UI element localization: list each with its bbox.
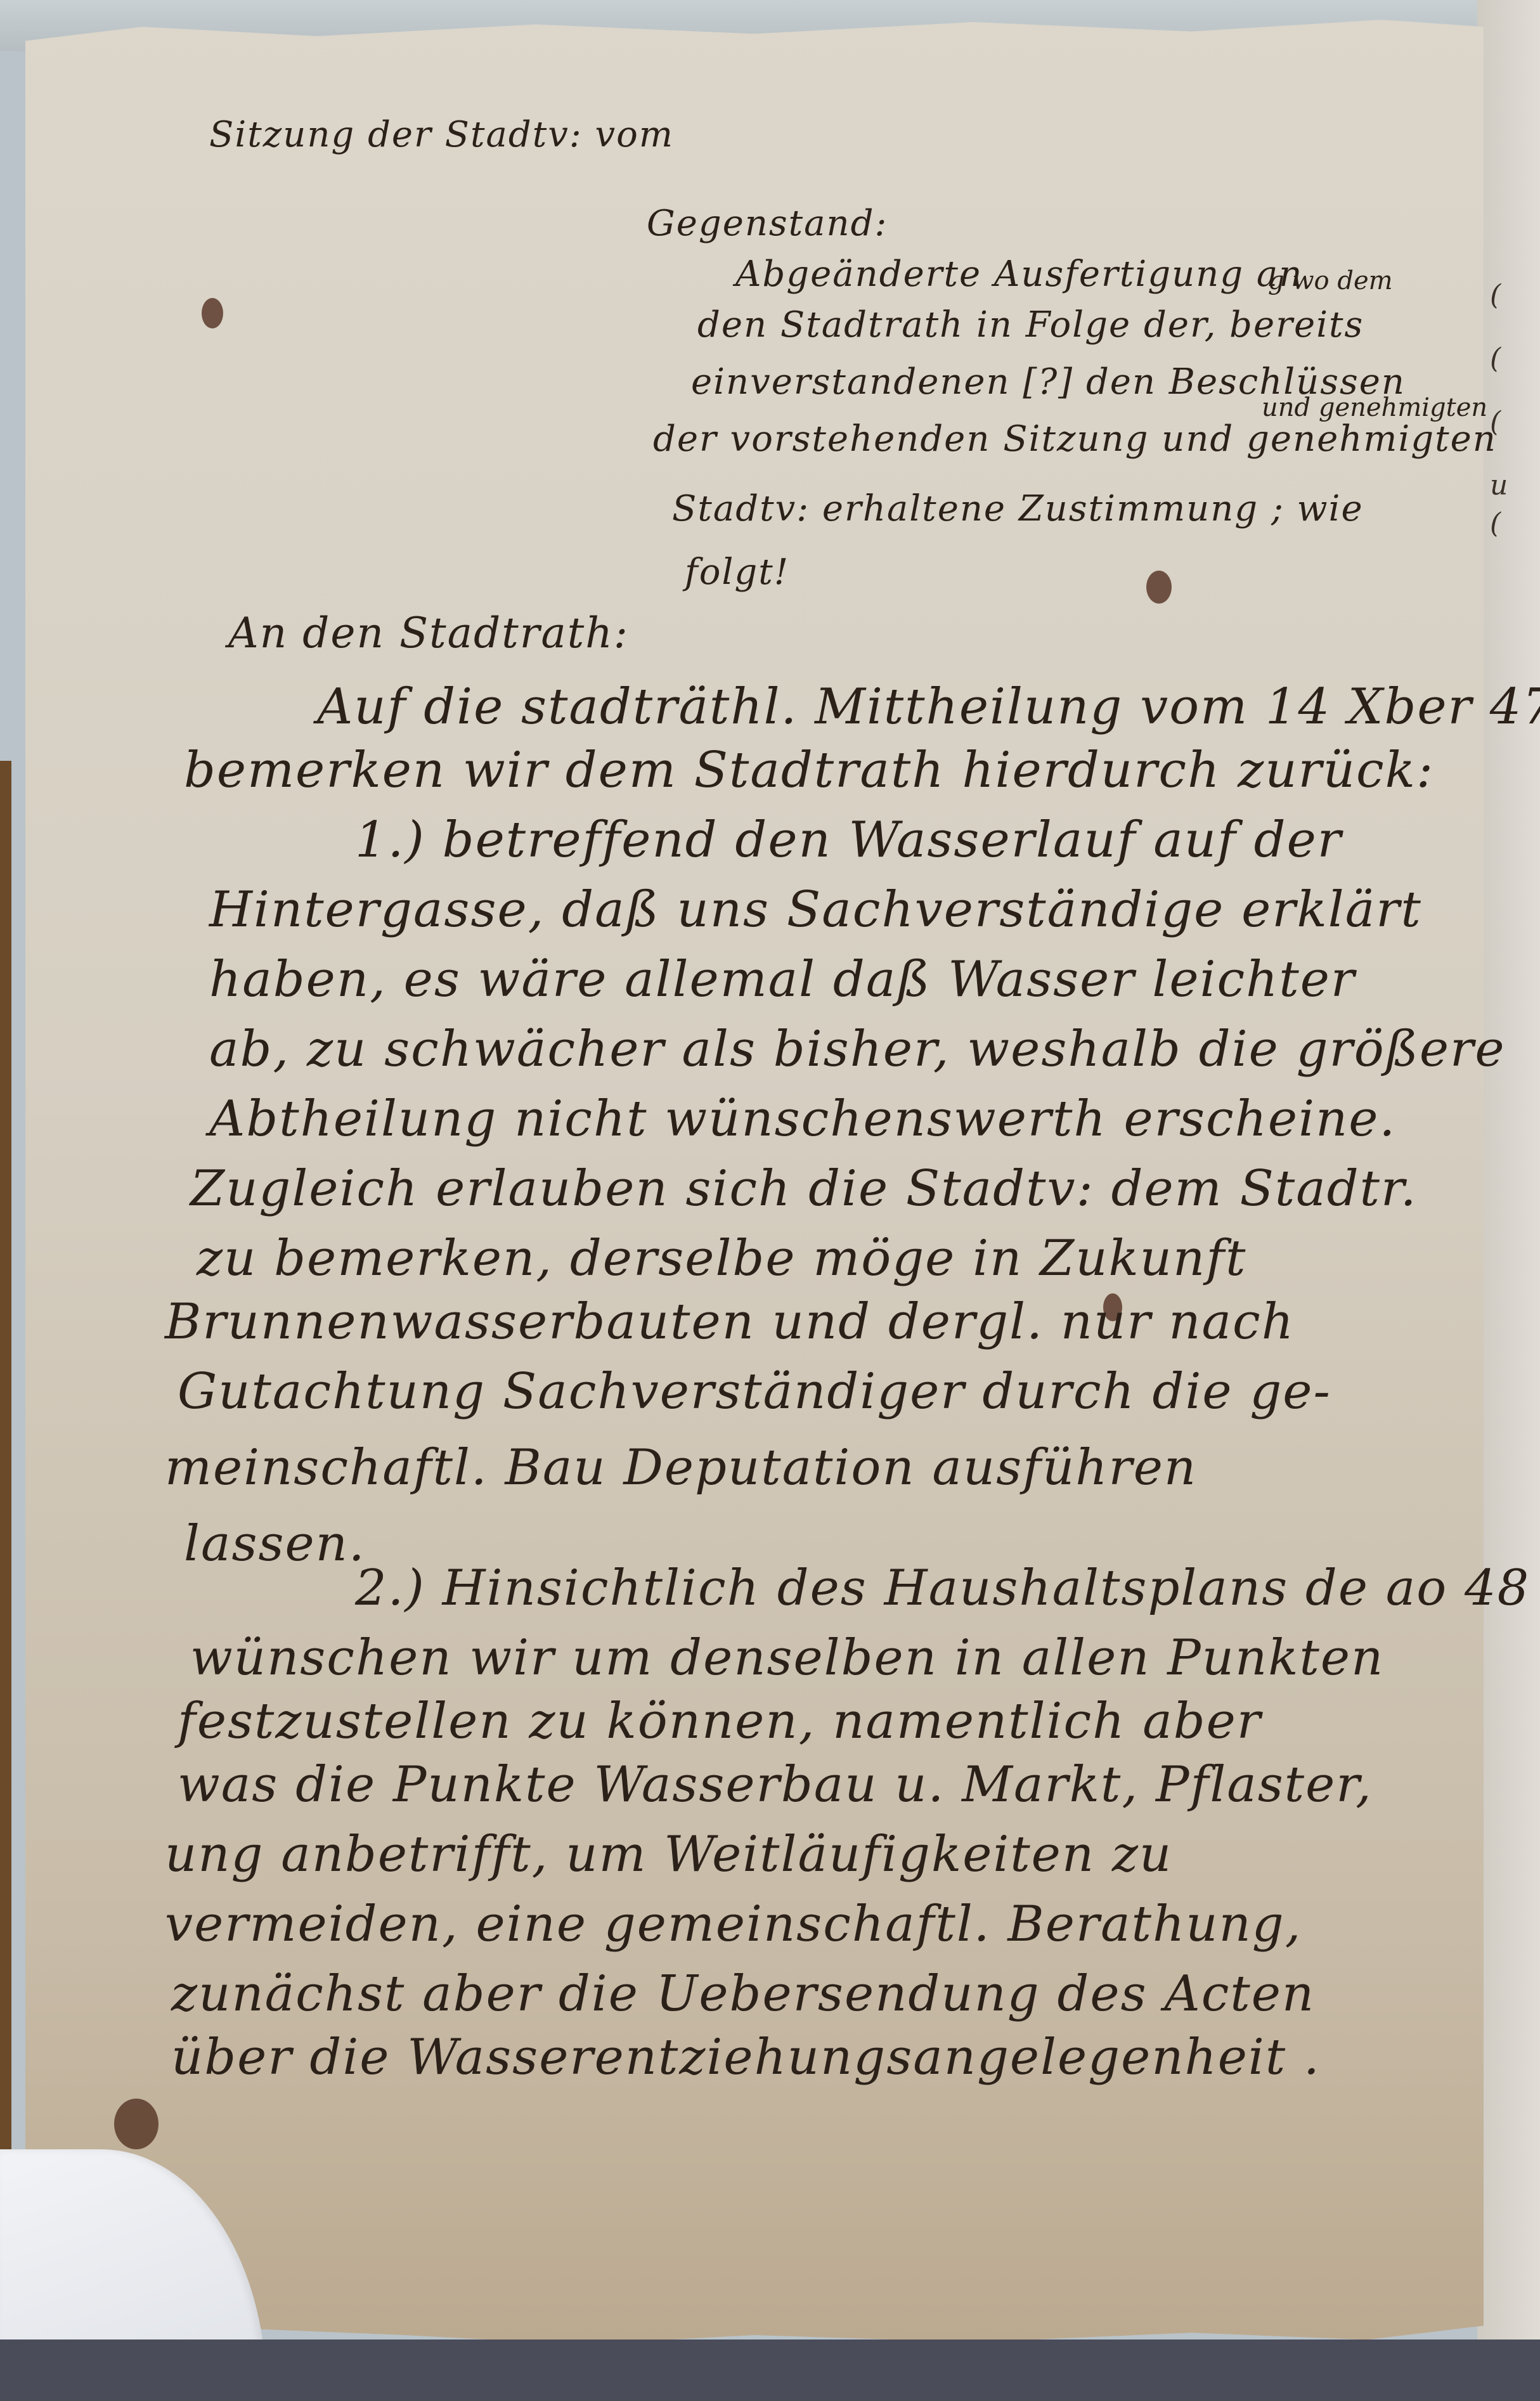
margin-fragment: u bbox=[1490, 469, 1508, 502]
subject-insert: g wo dem bbox=[1268, 266, 1393, 295]
body-line: Gutachtung Sachverständiger durch die ge… bbox=[178, 1363, 1331, 1420]
body-line: zunächst aber die Uebersendung des Acten bbox=[171, 1965, 1315, 2022]
table-surface bbox=[0, 2340, 1540, 2401]
body-line: Brunnenwasserbauten und dergl. nur nach bbox=[165, 1293, 1295, 1350]
body-line: 1.) betreffend den Wasserlauf auf der bbox=[355, 812, 1342, 869]
body-line: wünschen wir um denselben in allen Punkt… bbox=[190, 1629, 1384, 1686]
subject-line: Stadtv: erhaltene Zustimmung ; wie bbox=[672, 488, 1364, 529]
body-line: 2.) Hinsichtlich des Haushaltsplans de a… bbox=[355, 1560, 1530, 1617]
ink-stain bbox=[202, 298, 223, 328]
salutation: An den Stadtrath: bbox=[228, 609, 629, 657]
body-line: bemerken wir dem Stadtrath hierdurch zur… bbox=[184, 742, 1434, 799]
body-line: lassen. bbox=[184, 1515, 366, 1572]
body-line: festzustellen zu können, namentlich aber bbox=[178, 1693, 1262, 1750]
body-line: Hintergasse, daß uns Sachverständige erk… bbox=[209, 881, 1422, 938]
adjacent-page-edge: ( ( ( u ( bbox=[1477, 0, 1540, 2401]
subject-line: folgt! bbox=[685, 552, 789, 593]
body-line: ab, zu schwächer als bisher, weshalb die… bbox=[209, 1021, 1505, 1078]
subject-line: den Stadtrath in Folge der, bereits bbox=[697, 304, 1364, 346]
body-line: über die Wasserentziehungsangelegenheit … bbox=[171, 2029, 1321, 2086]
margin-fragment: ( bbox=[1490, 342, 1501, 375]
subject-label: Gegenstand: bbox=[647, 203, 888, 244]
body-line: haben, es wäre allemal daß Wasser leicht… bbox=[209, 951, 1356, 1008]
ink-stain bbox=[1146, 571, 1172, 604]
body-line: was die Punkte Wasserbau u. Markt, Pflas… bbox=[178, 1756, 1373, 1813]
subject-line: der vorstehenden Sitzung und genehmigten bbox=[653, 418, 1497, 460]
session-header: Sitzung der Stadtv: vom bbox=[209, 114, 674, 155]
body-line: Auf die stadträthl. Mittheilung vom 14 X… bbox=[317, 678, 1540, 735]
margin-fragment: ( bbox=[1490, 279, 1501, 311]
body-line: Abtheilung nicht wünschenswerth erschein… bbox=[209, 1090, 1396, 1148]
body-line: zu bemerken, derselbe möge in Zukunft bbox=[197, 1230, 1246, 1287]
body-line: vermeiden, eine gemeinschaftl. Berathung… bbox=[165, 1896, 1302, 1953]
body-line: meinschaftl. Bau Deputation ausführen bbox=[165, 1439, 1197, 1496]
ink-stain bbox=[114, 2099, 159, 2149]
subject-line: Abgeänderte Ausfertigung an bbox=[735, 254, 1303, 295]
body-line: Zugleich erlauben sich die Stadtv: dem S… bbox=[190, 1160, 1418, 1217]
margin-fragment: ( bbox=[1490, 507, 1501, 540]
binding-edge bbox=[0, 761, 11, 2156]
body-line: ung anbetrifft, um Weitläufigkeiten zu bbox=[165, 1826, 1172, 1883]
